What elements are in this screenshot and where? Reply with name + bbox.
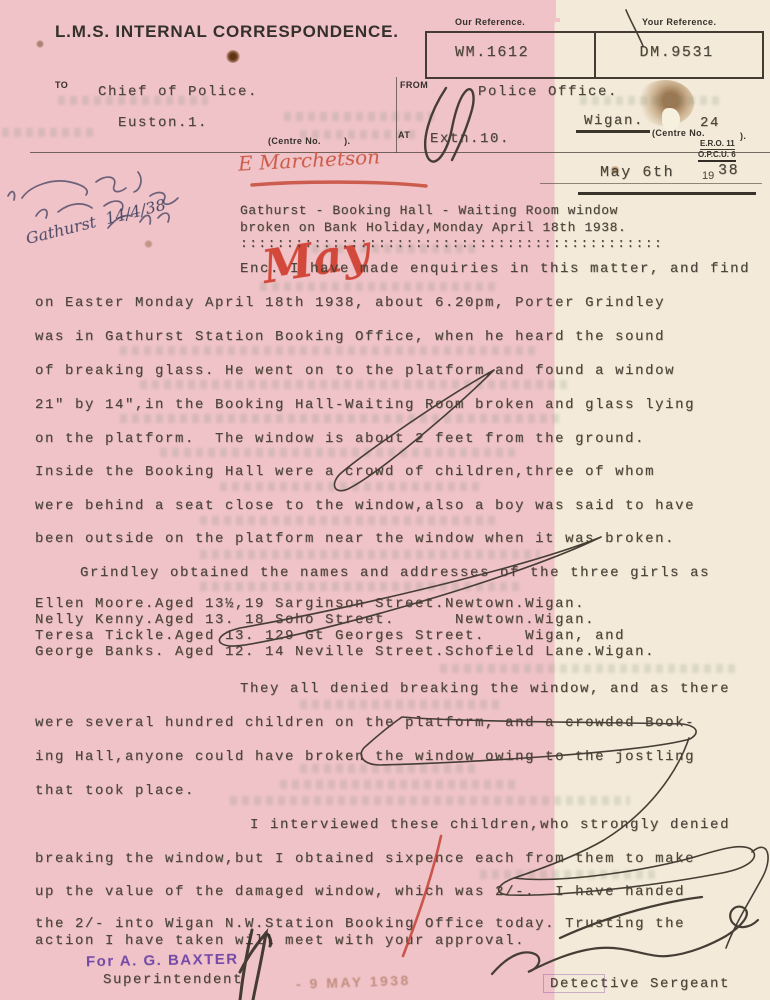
bleed-through-text: [300, 700, 500, 709]
body-line: was in Gathurst Station Booking Office, …: [35, 329, 665, 345]
to-name: Chief of Police.: [98, 84, 258, 100]
body-line: that took place.: [35, 783, 195, 799]
bleed-through-text: [300, 764, 480, 773]
our-reference-cell: WM.1612: [427, 33, 594, 77]
your-reference-value: DM.9531: [640, 44, 714, 61]
bleed-through-text: [120, 346, 540, 355]
body-line-name-nelly: Nelly Kenny.Aged 13. 18 Soho Street. New…: [35, 612, 595, 628]
header-bottom-rule: [30, 152, 770, 153]
at-extension: Extn.10.: [430, 131, 510, 147]
body-line: of breaking glass. He went on to the pla…: [35, 363, 675, 379]
centre-no-open: (Centre No.: [652, 128, 705, 138]
bleed-through-text: [480, 870, 660, 879]
body-line: Grindley obtained the names and addresse…: [80, 565, 710, 581]
body-line: I interviewed these children,who strongl…: [250, 817, 730, 833]
body-line: were behind a seat close to the window,a…: [35, 498, 695, 514]
to-location: Euston.1.: [118, 115, 208, 131]
bleed-through-text: [220, 482, 480, 491]
wigan-underline: [576, 130, 650, 133]
superintendent-title: Superintendent: [103, 972, 243, 988]
body-line: They all denied breaking the window, and…: [240, 681, 730, 697]
to-label: TO: [55, 80, 68, 90]
date-text: May 6th: [600, 164, 674, 181]
body-line: up the value of the damaged window, whic…: [35, 884, 685, 900]
body-line: breaking the window,but I obtained sixpe…: [35, 851, 695, 867]
body-line: been outside on the platform near the wi…: [35, 531, 675, 547]
centre-no-value: 24: [700, 115, 720, 131]
baxter-stamp: For A. G. BAXTER: [86, 951, 239, 971]
bleed-through-text: [440, 664, 740, 673]
form-code-ero: E.R.O. 11: [700, 139, 735, 150]
body-line: Inside the Booking Hall were a crowd of …: [35, 464, 655, 480]
body-line: the 2/- into Wigan N.W.Station Booking O…: [35, 916, 685, 932]
body-line: were several hundred children on the pla…: [35, 715, 695, 731]
body-line: on Easter Monday April 18th 1938, about …: [35, 295, 665, 311]
your-reference-label: Your Reference.: [642, 17, 716, 27]
at-label: AT: [398, 130, 410, 140]
body-line-name-teresa: Teresa Tickle.Aged 13. 129 Gt Georges St…: [35, 628, 625, 644]
date-year-printed: 19: [702, 170, 714, 182]
centre-no-close: ).: [740, 131, 746, 141]
to-centre-no: (Centre No. ).: [268, 136, 350, 146]
subject-line-1: Gathurst - Booking Hall - Waiting Room w…: [240, 203, 618, 218]
our-reference-label: Our Reference.: [455, 17, 525, 27]
body-line-name-ellen: Ellen Moore.Aged 13½,19 Sarginson Street…: [35, 596, 585, 612]
body-line: ing Hall,anyone could have broken the wi…: [35, 749, 695, 765]
subject-line-2: broken on Bank Holiday,Monday April 18th…: [240, 220, 626, 235]
bleed-through-text: [280, 780, 520, 789]
letterhead-title: L.M.S. INTERNAL CORRESPONDENCE.: [55, 22, 399, 42]
bleed-through-text: [200, 516, 500, 525]
date-heavy-rule: [578, 192, 756, 195]
body-line-name-george: George Banks. Aged 12. 14 Neville Street…: [35, 644, 655, 660]
bleed-through-text: [160, 448, 520, 457]
body-line: action I have taken will meet with your …: [35, 933, 525, 949]
body-line: 21" by 14",in the Booking Hall-Waiting R…: [35, 397, 695, 413]
bleed-through-text: [200, 550, 540, 559]
reference-box: WM.1612 DM.9531: [425, 31, 764, 79]
scanned-letter-page: L.M.S. INTERNAL CORRESPONDENCE. Our Refe…: [0, 0, 770, 1000]
body-line: on the platform. The window is about 2 f…: [35, 431, 645, 447]
subject-underline-colons: ::::::::::::::::::::::::::::::::::::::::…: [240, 236, 663, 251]
bleed-through-text: [200, 582, 520, 591]
bleed-through-text: [140, 380, 570, 389]
detective-sergeant-title: Detective Sergeant: [550, 976, 730, 992]
date-year-typed: 38: [718, 162, 739, 179]
bleed-through-text: [284, 112, 434, 121]
body-line: Enc. I have made enquiries in this matte…: [240, 261, 750, 277]
your-reference-cell: DM.9531: [594, 33, 763, 77]
from-name: Police Office.: [478, 84, 618, 100]
date-baseline-rule: [540, 183, 762, 184]
from-label: FROM: [400, 80, 428, 90]
our-reference-value: WM.1612: [455, 44, 529, 61]
bleed-through-text: [2, 128, 98, 137]
bleed-through-text: [230, 796, 630, 805]
bleed-through-text: [120, 414, 560, 423]
from-location: Wigan.: [584, 113, 644, 129]
column-divider-rule: [396, 77, 397, 153]
